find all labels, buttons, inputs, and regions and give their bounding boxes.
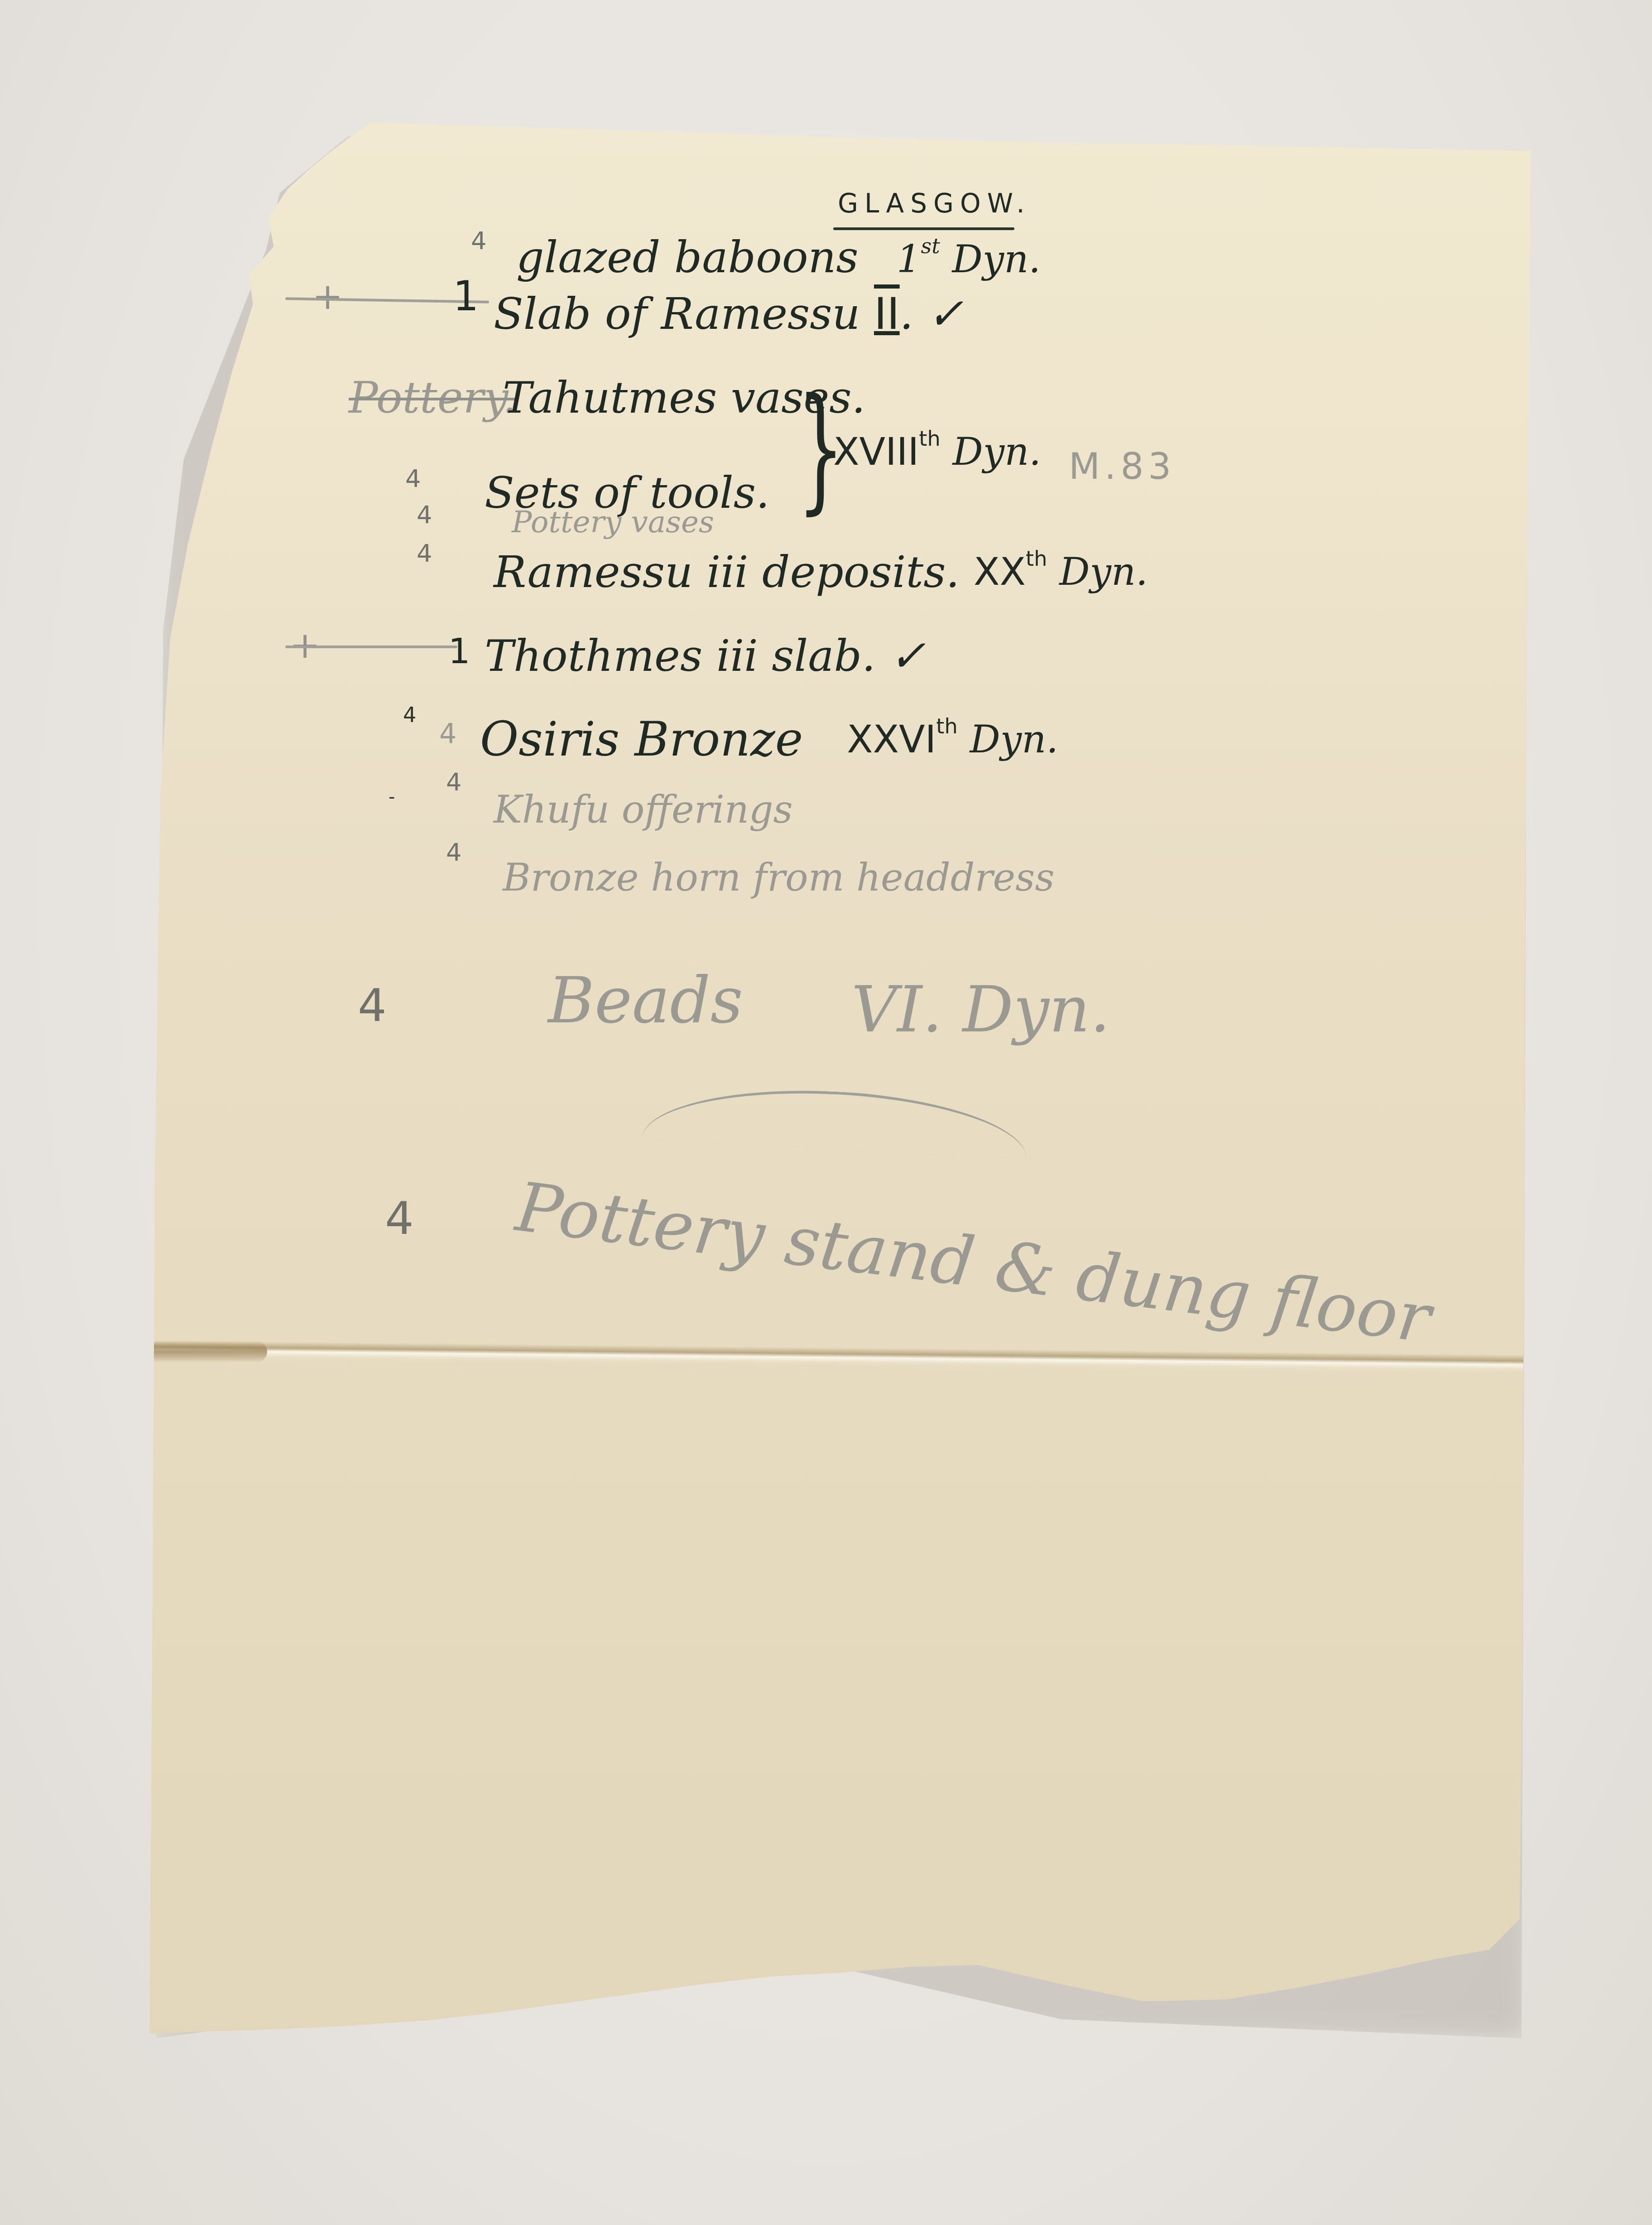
entry-9-dash-mark: - (389, 788, 395, 806)
entry-6-sup: th (1026, 546, 1047, 571)
entry-8-dyn: Dyn. (970, 717, 1058, 761)
entry-2-line: Slab of Ramessu II. ✓ (494, 292, 964, 336)
entry-10-text: Bronze horn from headdress (503, 858, 1055, 896)
entry-11-text: Beads (548, 969, 743, 1033)
entry-7-qty: 1 (448, 634, 470, 669)
entry-1-qty: 4 (471, 229, 486, 253)
entry-11-qty: 4 (358, 983, 387, 1028)
entry-10-qty: 4 (446, 840, 461, 865)
entry-6-qty: 4 (417, 541, 432, 566)
group-sup: th (919, 426, 940, 451)
entry-2-qty: 1 (453, 276, 479, 317)
margin-strike-line-2 (285, 645, 457, 648)
entry-6-text: Ramessu iii deposits. (494, 550, 960, 594)
entry-1-text: glazed baboons (516, 236, 859, 279)
entry-7-text: Thothmes iii slab. (485, 631, 875, 681)
entry-6-roman: XX (974, 549, 1026, 594)
entry-3-struck-prefix: Pottery. (349, 376, 516, 419)
group-roman: XVIII (833, 429, 919, 474)
entry-8-text: Osiris Bronze (480, 716, 803, 763)
entry-9-text: Khufu offerings (494, 790, 793, 828)
entry-9-qty: 4 (446, 770, 461, 795)
entry-4-qty: 4 (405, 467, 421, 491)
entry-1-note: 1st Dyn. (897, 236, 1041, 278)
entry-1-note-number: 1 (897, 237, 921, 281)
entry-8-note: XXVIth Dyn. (847, 716, 1058, 758)
entry-1-note-dyn: Dyn. (952, 237, 1041, 281)
entry-8-qty: 4 (439, 720, 456, 747)
entry-5-text: Pottery vases (512, 507, 714, 537)
entry-2-roman: II (874, 289, 900, 339)
entry-6-note: XXth Dyn. (974, 548, 1148, 591)
group-dyn: Dyn. (952, 429, 1041, 474)
group-dynasty-note: XVIIIth Dyn. (833, 428, 1041, 471)
entry-5-qty: 4 (417, 503, 432, 527)
entry-12-qty: 4 (385, 1196, 414, 1241)
heading-underline (833, 227, 1014, 230)
entry-2-check: . ✓ (900, 289, 964, 339)
entry-8-tick-mark: 4 (403, 704, 416, 725)
entry-8-sup: th (936, 714, 957, 738)
entry-7-check: ✓ (889, 631, 926, 681)
fold-stain (149, 1341, 267, 1363)
margin-plus-mark-1: + (312, 279, 343, 315)
entry-6-dyn: Dyn. (1059, 549, 1148, 594)
heading-glasgow: GLASGOW. (838, 190, 1031, 217)
side-note-m83: M.83 (1069, 448, 1176, 485)
entry-11-note: VI. Dyn. (851, 978, 1110, 1042)
entry-7-line: Thothmes iii slab. ✓ (485, 634, 926, 678)
entry-8-roman: XXVI (847, 717, 936, 761)
entry-1-note-sup: st (921, 234, 940, 258)
entry-2-text: Slab of Ramessu (494, 289, 860, 339)
